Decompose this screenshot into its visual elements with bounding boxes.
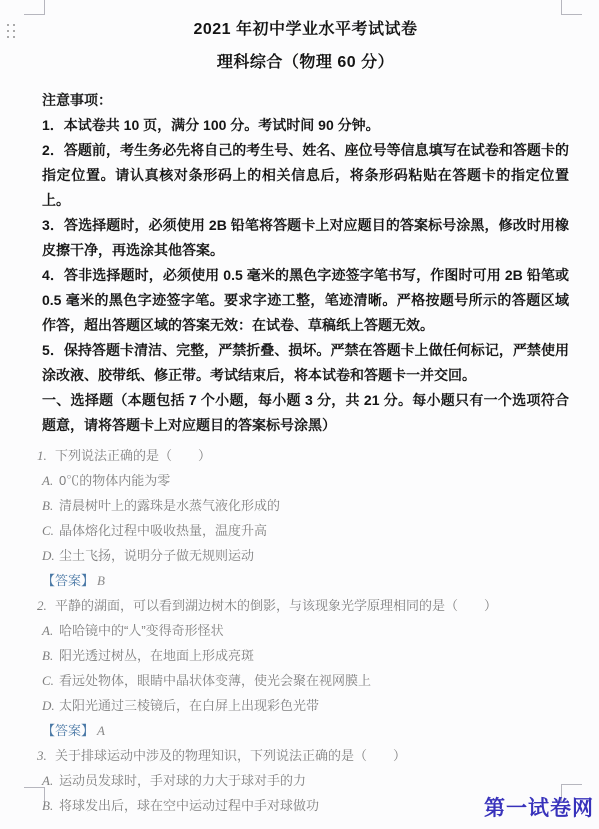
answer-value: B — [97, 568, 105, 593]
notice-item-4: 4．答非选择题时，必须使用 0.5 毫米的黑色字迹签字笔书写，作图时可用 2B … — [42, 263, 569, 338]
option-letter: A. — [42, 468, 59, 493]
question-1: 1. 下列说法正确的是（ ） A. 0℃的物体内能为零 B. 清晨树叶上的露珠是… — [42, 443, 569, 593]
notice-item-1: 1．本试卷共 10 页，满分 100 分。考试时间 90 分钟。 — [42, 113, 569, 138]
drag-handle-icon[interactable] — [7, 24, 15, 38]
answer-label: 【答案】 — [42, 568, 94, 593]
question-number: 2. — [37, 593, 55, 618]
question-2: 2. 平静的湖面，可以看到湖边树木的倒影，与该现象光学原理相同的是（ ） A. … — [42, 593, 569, 743]
option-letter: A. — [42, 618, 59, 643]
option-d: D. 太阳光通过三棱镜后，在白屏上出现彩色光带 — [42, 693, 569, 718]
document-content: 2021 年初中学业水平考试试卷 理科综合（物理 60 分） 注意事项： 1．本… — [42, 12, 569, 818]
notice-item-2: 2．答题前，考生务必先将自己的考生号、姓名、座位号等信息填写在试卷和答题卡的指定… — [42, 138, 569, 213]
option-letter: D. — [42, 543, 59, 568]
question-number: 3. — [37, 743, 55, 768]
option-letter: C. — [42, 518, 59, 543]
notice-item-5: 5．保持答题卡清洁、完整，严禁折叠、损坏。严禁在答题卡上做任何标记，严禁使用涂改… — [42, 338, 569, 388]
option-letter: A. — [42, 768, 59, 793]
document-page: 2021 年初中学业水平考试试卷 理科综合（物理 60 分） 注意事项： 1．本… — [0, 0, 599, 829]
option-d: D. 尘土飞扬，说明分子做无规则运动 — [42, 543, 569, 568]
question-list: 1. 下列说法正确的是（ ） A. 0℃的物体内能为零 B. 清晨树叶上的露珠是… — [42, 443, 569, 818]
option-letter: B. — [42, 643, 59, 668]
question-stem: 2. 平静的湖面，可以看到湖边树木的倒影，与该现象光学原理相同的是（ ） — [37, 593, 569, 618]
question-stem: 1. 下列说法正确的是（ ） — [37, 443, 569, 468]
option-b: B. 清晨树叶上的露珠是水蒸气液化形成的 — [42, 493, 569, 518]
option-b: B. 阳光透过树丛，在地面上形成亮斑 — [42, 643, 569, 668]
option-a: A. 运动员发球时，手对球的力大于球对手的力 — [42, 768, 569, 793]
option-letter: B. — [42, 793, 59, 818]
option-c: C. 看远处物体，眼睛中晶状体变薄，使光会聚在视网膜上 — [42, 668, 569, 693]
option-c: C. 晶体熔化过程中吸收热量，温度升高 — [42, 518, 569, 543]
option-a: A. 哈哈镜中的“人”变得奇形怪状 — [42, 618, 569, 643]
answer-value: A — [97, 718, 105, 743]
section-title: 一、选择题（本题包括 7 个小题，每小题 3 分，共 21 分。每小题只有一个选… — [42, 388, 569, 438]
option-letter: D. — [42, 693, 59, 718]
site-watermark: 第一试卷网 — [484, 792, 594, 822]
page-subtitle: 理科综合（物理 60 分） — [42, 51, 569, 75]
option-letter: C. — [42, 668, 59, 693]
question-number: 1. — [37, 443, 55, 468]
answer-row: 【答案】 B — [42, 568, 569, 593]
notice-label: 注意事项： — [42, 88, 569, 113]
notice-item-3: 3．答选择题时，必须使用 2B 铅笔将答题卡上对应题目的答案标号涂黑，修改时用橡… — [42, 213, 569, 263]
answer-row: 【答案】 A — [42, 718, 569, 743]
option-a: A. 0℃的物体内能为零 — [42, 468, 569, 493]
option-letter: B. — [42, 493, 59, 518]
question-stem: 3. 关于排球运动中涉及的物理知识，下列说法正确的是（ ） — [37, 743, 569, 768]
page-title: 2021 年初中学业水平考试试卷 — [42, 18, 569, 42]
answer-label: 【答案】 — [42, 718, 94, 743]
